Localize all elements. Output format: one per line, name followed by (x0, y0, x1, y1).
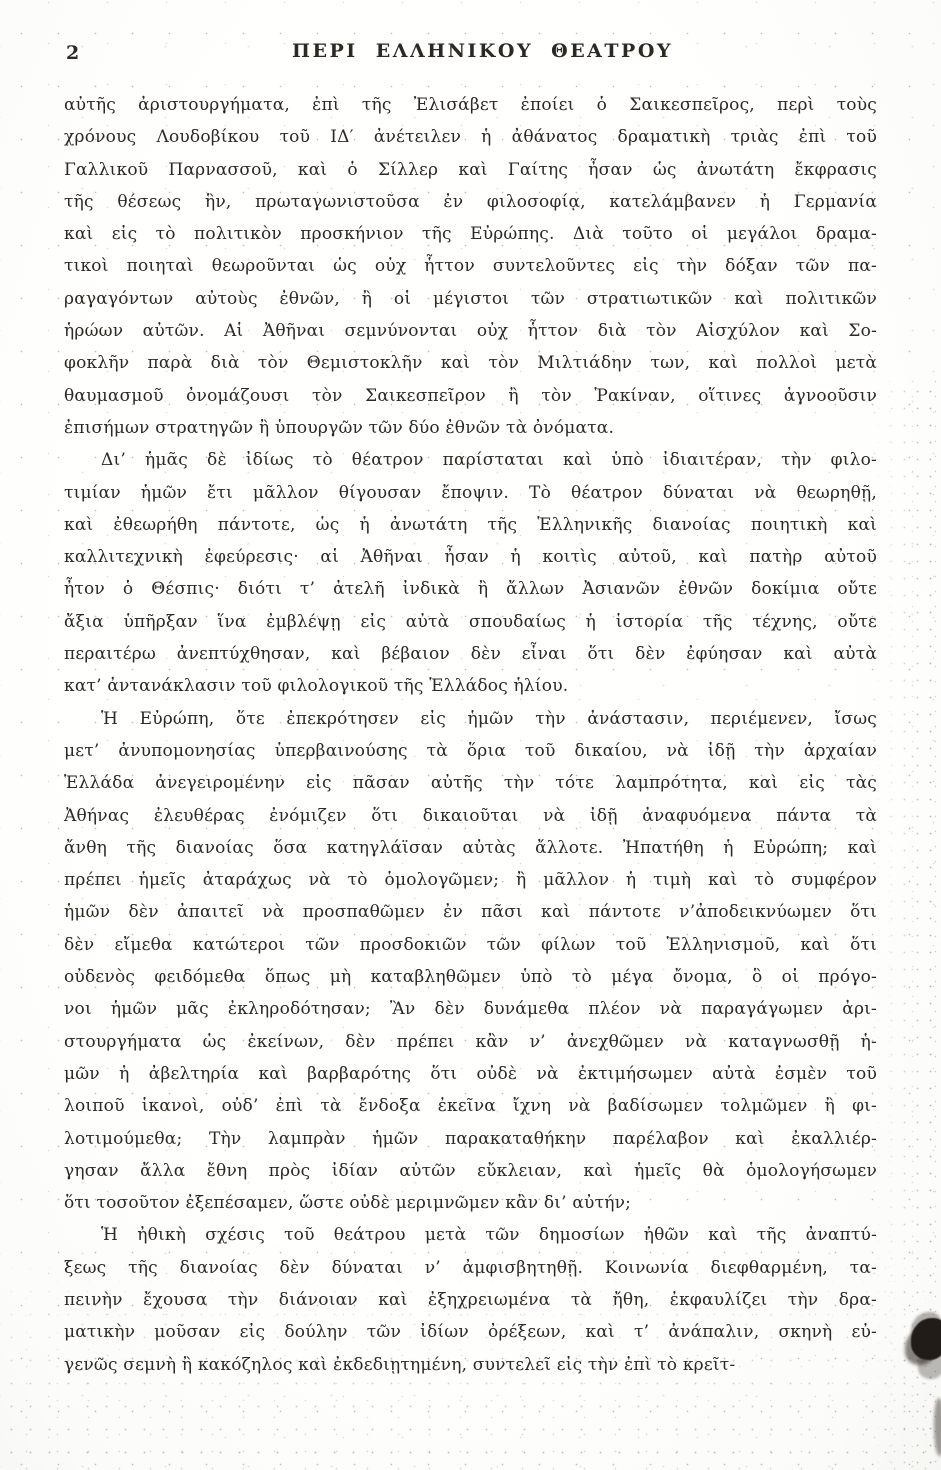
text-line: περαιτέρω ἀνεπτύχθησαν, καὶ βέβαιον δὲν … (64, 638, 877, 670)
text-line: γενῶς σεμνὴ ἢ κακόζηλος καὶ ἐκδεδιῃτημέν… (64, 1349, 877, 1381)
text-line: θαυμασμοῦ ὀνομάζουσι τὸν Σαικεσπεῖρον ἢ … (64, 380, 877, 412)
page-header: 2 ΠΕΡΙ ΕΛΛΗΝΙΚΟΥ ΘΕΑΤΡΟΥ (64, 40, 877, 70)
text-line: αὐτῆς ἀριστουργήματα, ἐπὶ τῆς Ἐλισάβετ ἐ… (64, 89, 877, 121)
text-line: ραγαγόντων αὐτοὺς ἐθνῶν, ἢ οἱ μέγιστοι τ… (64, 283, 877, 315)
text-line: καὶ εἰς τὸ πολιτικὸν προσκήνιον τῆς Εὐρώ… (64, 218, 877, 250)
paragraph: Δι’ ἡμᾶς δὲ ἰδίως τὸ θέατρον παρίσταται … (64, 444, 877, 702)
text-line: μετ’ ἀνυπομονησίας ὑπερβαινούσης τὰ ὅρια… (64, 735, 877, 767)
paragraph: Ἡ ἠθικὴ σχέσις τοῦ θεάτρου μετὰ τῶν δημο… (64, 1219, 877, 1380)
text-line: ματικὴν μοῦσαν εἰς δούλην τῶν ἰδίων ὀρέξ… (64, 1316, 877, 1348)
text-line: Ἀθήνας ἐλευθέρας ἐνόμιζεν ὅτι δικαιοῦται… (64, 800, 877, 832)
text-line: πεινὴν ἔχουσα τὴν διάνοιαν καὶ ἐξηχρειωμ… (64, 1284, 877, 1316)
text-line: λοιποῦ ἱκανοὶ, οὐδ’ ἐπὶ τὰ ἔνδοξα ἐκεῖνα… (64, 1090, 877, 1122)
text-line: ἦτον ὁ Θέσπις· διότι τ’ ἀτελῆ ἰνδικὰ ἢ ἄ… (64, 573, 877, 605)
text-line: λοτιμούμεθα; Τὴν λαμπρὰν ἡμῶν παρακαταθή… (64, 1123, 877, 1155)
text-line: ξεως τῆς διανοίας δὲν δύναται ν’ ἀμφισβη… (64, 1252, 877, 1284)
text-line: τικοὶ ποιηταὶ θεωροῦνται ὡς οὐχ ἧττον συ… (64, 250, 877, 282)
text-line: Δι’ ἡμᾶς δὲ ἰδίως τὸ θέατρον παρίσταται … (64, 444, 877, 476)
text-line: φοκλῆν παρὰ διὰ τὸν Θεμιστοκλῆν καὶ τὸν … (64, 347, 877, 379)
text-line: τιμίαν ἡμῶν ἔτι μᾶλλον θίγουσαν ἔποψιν. … (64, 477, 877, 509)
right-edge-scan-noise (871, 380, 941, 1470)
paragraph: αὐτῆς ἀριστουργήματα, ἐπὶ τῆς Ἐλισάβετ ἐ… (64, 89, 877, 444)
text-line: κατ’ ἀντανάκλασιν τοῦ φιλολογικοῦ τῆς Ἑλ… (64, 670, 877, 702)
text-line: μῶν ἡ ἀβελτηρία καὶ βαρβαρότης ὅτι οὐδὲ … (64, 1058, 877, 1090)
text-line: γησαν ἄλλα ἔθνη πρὸς ἰδίαν αὐτῶν εὔκλεια… (64, 1155, 877, 1187)
text-line: στουργήματα ὡς ἐκείνων, δὲν πρέπει κἂν ν… (64, 1026, 877, 1058)
running-title: ΠΕΡΙ ΕΛΛΗΝΙΚΟΥ ΘΕΑΤΡΟΥ (76, 40, 889, 62)
text-line: καὶ ἐθεωρήθη πάντοτε, ὡς ἡ ἀνωτάτη τῆς Ἑ… (64, 509, 877, 541)
text-line: ἡρώων αὐτῶν. Αἱ Ἀθῆναι σεμνύνονται οὐχ ἧ… (64, 315, 877, 347)
text-line: ὅτι τοσοῦτον ἐξεπέσαμεν, ὥστε οὐδὲ μεριμ… (64, 1187, 877, 1219)
text-line: νοι ἡμῶν μᾶς ἐκληροδότησαν; Ἂν δὲν δυνάμ… (64, 993, 877, 1025)
scanned-book-page: 2 ΠΕΡΙ ΕΛΛΗΝΙΚΟΥ ΘΕΑΤΡΟΥ αὐτῆς ἀριστουργ… (0, 0, 941, 1470)
text-line: ἄνθη τῆς διανοίας ὅσα κατηγλάϊσαν αὐτὰς … (64, 832, 877, 864)
text-line: Γαλλικοῦ Παρνασσοῦ, καὶ ὁ Σίλλερ καὶ Γαί… (64, 154, 877, 186)
text-line: ἡμῶν δὲν ἀπαιτεῖ νὰ προσπαθῶμεν ἐν πᾶσι … (64, 896, 877, 928)
text-line: Ἡ ἠθικὴ σχέσις τοῦ θεάτρου μετὰ τῶν δημο… (64, 1219, 877, 1251)
text-line: τῆς θέσεως ἣν, πρωταγωνιστοῦσα ἐν φιλοσο… (64, 186, 877, 218)
body-text: αὐτῆς ἀριστουργήματα, ἐπὶ τῆς Ἐλισάβετ ἐ… (64, 89, 877, 1381)
text-line: πρέπει ἡμεῖς ἀταράχως νὰ τὸ ὁμολογῶμεν; … (64, 864, 877, 896)
text-line: οὐδενὸς φειδόμεθα ὅπως μὴ καταβληθῶμεν ὑ… (64, 961, 877, 993)
ink-smudge (934, 1398, 941, 1456)
text-line: Ἡ Εὐρώπη, ὅτε ἐπεκρότησεν εἰς ἡμῶν τὴν ἀ… (64, 703, 877, 735)
text-line: ἐπισήμων στρατηγῶν ἢ ὑπουργῶν τῶν δύο ἐθ… (64, 412, 877, 444)
text-line: Ἑλλάδα ἀνεγειρομένην εἰς πᾶσαν αὐτῆς τὴν… (64, 767, 877, 799)
ink-blot (911, 1318, 941, 1360)
text-line: ἄξια ὑπῆρξαν ἵνα ἐμβλέψῃ εἰς αὐτὰ σπουδα… (64, 606, 877, 638)
text-line: χρόνους Λουδοβίκου τοῦ ΙΔ′ ἀνέτειλεν ἡ ἀ… (64, 121, 877, 153)
text-line: καλλιτεχνικὴ ἐφεύρεσις· αἱ Ἀθῆναι ἦσαν ἡ… (64, 541, 877, 573)
paragraph: Ἡ Εὐρώπη, ὅτε ἐπεκρότησεν εἰς ἡμῶν τὴν ἀ… (64, 703, 877, 1220)
text-line: δὲν εἴμεθα κατώτεροι τῶν προσδοκιῶν τῶν … (64, 929, 877, 961)
